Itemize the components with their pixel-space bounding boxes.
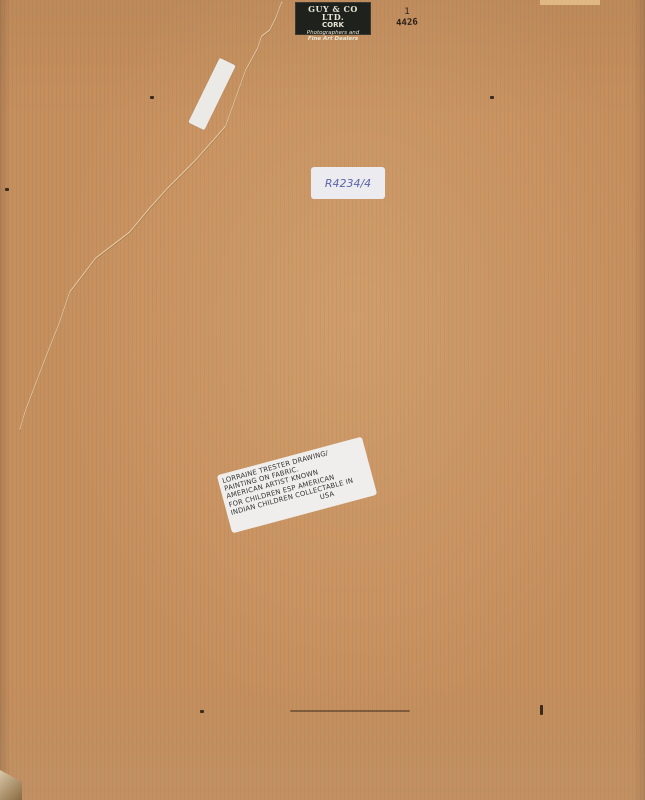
- artwork-backing-paper: GUY & CO LTD. CORK Photographers and Fin…: [0, 0, 645, 800]
- dealer-tagline-2: Fine Art Dealers: [296, 37, 370, 43]
- dealer-name: GUY & CO LTD.: [296, 5, 370, 21]
- frame-nail: [490, 96, 494, 99]
- paper-tear-line: [0, 0, 645, 800]
- frame-nail: [5, 188, 9, 191]
- stock-number-label: R4234/4: [311, 167, 385, 199]
- stock-number: R4234/4: [325, 177, 371, 190]
- frame-nail: [200, 710, 204, 713]
- inventory-number: 1 4426: [392, 8, 422, 28]
- staple-line: [290, 710, 410, 712]
- dealer-label: GUY & CO LTD. CORK Photographers and Fin…: [295, 2, 371, 35]
- frame-nail: [150, 96, 154, 99]
- inventory-number-value: 4426: [392, 18, 422, 29]
- dealer-city: CORK: [296, 22, 370, 29]
- inventory-number-top: 1: [404, 7, 409, 17]
- frame-nail: [540, 705, 543, 715]
